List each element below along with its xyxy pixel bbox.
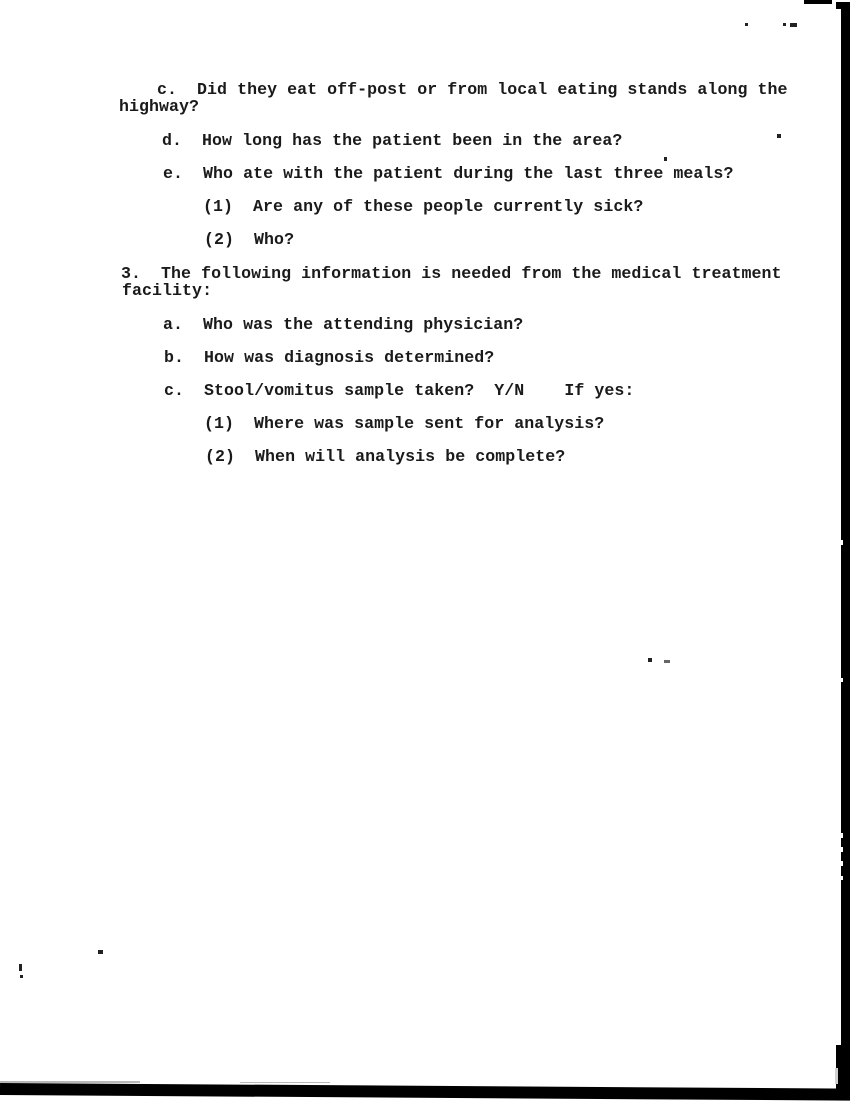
scan-speck	[745, 23, 748, 26]
doc-line-item-3b: b. How was diagnosis determined?	[164, 349, 494, 366]
doc-line-item-3c: c. Stool/vomitus sample taken? Y/N If ye…	[164, 382, 634, 399]
doc-line-item-e: e. Who ate with the patient during the l…	[163, 165, 733, 182]
doc-line-item-c-1: c. Did they eat off-post or from local e…	[157, 81, 788, 98]
scan-speck	[648, 658, 652, 662]
scan-bar-notch	[841, 678, 843, 682]
scan-bar-notch	[841, 876, 843, 880]
scan-speck	[98, 950, 103, 954]
scan-speck	[790, 23, 797, 27]
doc-line-section3-2: facility:	[122, 282, 212, 299]
scan-bar-notch	[841, 833, 843, 838]
scan-artifact-top-mark	[804, 0, 832, 4]
scan-fringe	[0, 1081, 140, 1083]
scan-edge-bottom-bar	[0, 1083, 850, 1101]
scan-speck	[664, 157, 667, 161]
scan-speck	[777, 134, 781, 138]
scan-fringe	[240, 1082, 330, 1083]
scanned-document-page: c. Did they eat off-post or from local e…	[0, 0, 850, 1103]
doc-line-item-c-2: highway?	[119, 98, 199, 115]
scan-bar-notch	[841, 847, 843, 852]
scan-speck	[783, 23, 786, 26]
doc-line-item-e-2: (2) Who?	[204, 231, 294, 248]
doc-line-item-d: d. How long has the patient been in the …	[162, 132, 622, 149]
scan-bar-notch	[835, 1068, 838, 1084]
scan-speck	[19, 964, 22, 971]
scan-bar-notch	[841, 540, 843, 545]
doc-line-item-3c-2: (2) When will analysis be complete?	[205, 448, 565, 465]
scan-speck	[664, 660, 670, 663]
scan-bar-notch	[841, 861, 843, 866]
doc-line-item-3c-1: (1) Where was sample sent for analysis?	[204, 415, 604, 432]
scan-speck	[20, 975, 23, 978]
doc-line-section3-1: 3. The following information is needed f…	[121, 265, 782, 282]
doc-line-item-3a: a. Who was the attending physician?	[163, 316, 523, 333]
scan-edge-right-bar	[841, 2, 850, 1096]
doc-line-item-e-1: (1) Are any of these people currently si…	[203, 198, 643, 215]
